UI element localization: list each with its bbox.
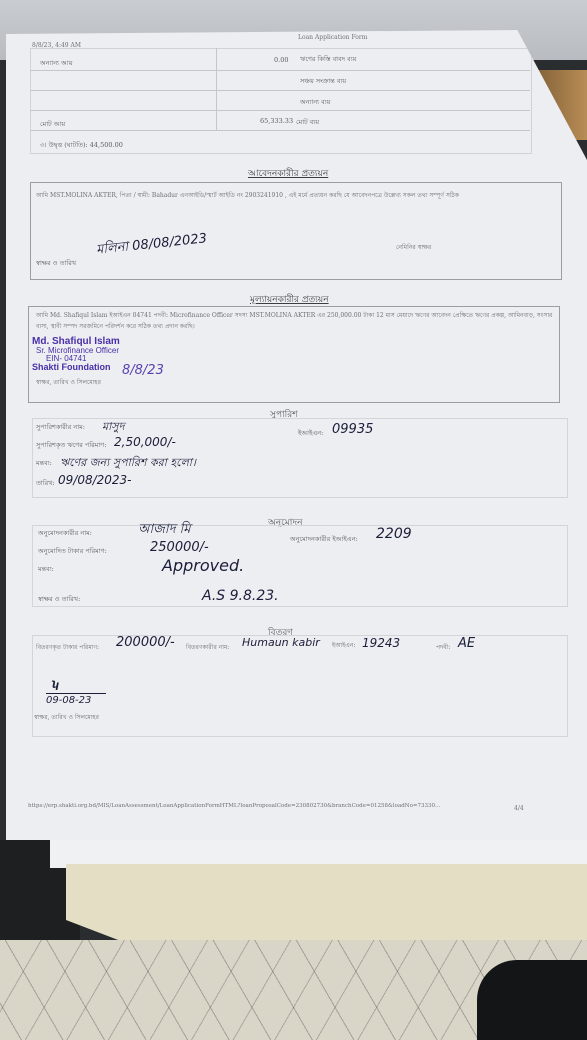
- nominee-sign-label: নেমিনির স্বাক্ষর: [396, 242, 431, 253]
- table-cell: অন্যান্য আয়: [40, 58, 73, 69]
- disburser-post-value: AE: [458, 636, 475, 651]
- approver-name-label: অনুমোদনকারীর নাম:: [38, 528, 92, 539]
- table-row-line: [30, 130, 530, 131]
- disburser-name-value: Humaun kabir: [242, 636, 320, 649]
- table-cell: 65,333.33: [260, 117, 293, 125]
- recommender-ein-value: 09935: [332, 422, 373, 437]
- table-cell: মোট ব্যয়: [296, 117, 319, 128]
- page-number: 4/4: [514, 805, 524, 812]
- officer-stamp: Md. Shafiqul Islam Sr. Microfinance Offi…: [32, 337, 120, 372]
- table-row-line: [30, 90, 530, 91]
- table-row-line: [30, 70, 530, 71]
- recommendation-date-label: তারিখ:: [36, 478, 55, 489]
- disburser-ein-value: 19243: [362, 636, 400, 650]
- table-cell: ঋণের কিস্তি বাবদ ব্যয়: [300, 54, 357, 65]
- applicant-declaration-title: আবেদনকারীর প্রত্যয়ন: [248, 166, 328, 181]
- approver-name-value: আজাদ মি: [138, 520, 190, 541]
- table-row-line: [30, 110, 530, 111]
- approved-amount-value: 250000/-: [150, 540, 209, 555]
- disburser-post-label: পদবী:: [436, 642, 450, 653]
- table-cell: সঞ্চয় সংক্রান্ত ব্যয়: [300, 76, 346, 87]
- disburser-initials: ʮ: [52, 680, 59, 691]
- recommendation-comment-label: মন্তব্য:: [36, 458, 52, 469]
- approval-comment-label: মন্তব্য:: [38, 564, 54, 575]
- applicant-sign-label: স্বাক্ষর ও তারিখ: [36, 258, 76, 269]
- disbursed-amount-value: 200000/-: [116, 635, 175, 650]
- assessor-declaration-text: আমি Md. Shafiqul Islam ইআইএন 04741 পদবী:…: [36, 310, 554, 332]
- approval-comment-value: Approved.: [162, 556, 244, 575]
- surplus-line: ৩। উদ্বৃত্ত (ঘাটতি): 44,500.00: [40, 140, 123, 151]
- applicant-declaration-text: আমি MST.MOLINA AKTER, পিতা / স্বামী: Bah…: [36, 190, 558, 201]
- table-cell: 0.00: [274, 56, 288, 64]
- approver-ein-label: অনুমোদনকারীর ইআইএন:: [290, 534, 358, 545]
- document-page: 8/8/23, 4:49 AM Loan Application Form অন…: [6, 30, 587, 840]
- disbursement-sign-date: 09-08-23: [46, 695, 91, 706]
- approver-ein-value: 2209: [376, 526, 412, 542]
- table-divider: [216, 48, 217, 130]
- stamp-org: Shakti Foundation: [32, 363, 120, 372]
- assessor-signature-date: 8/8/23: [122, 363, 164, 378]
- footer-url: https://erp.shakti.org.bd/MIS/LoanAssess…: [28, 803, 440, 809]
- recommended-amount-value: 2,50,000/-: [114, 435, 176, 449]
- recommender-ein-label: ইআইএন:: [298, 428, 323, 439]
- background-object: [477, 960, 587, 1040]
- table-cell: মোট আয়: [40, 119, 65, 130]
- recommended-amount-label: সুপারিশকৃত ঋণের পরিমাণ:: [36, 440, 106, 451]
- underlying-paper: [50, 840, 587, 868]
- assessor-sign-label: স্বাক্ষর, তারিখ ও সিলমোহর: [36, 377, 101, 388]
- disbursement-sign-label: স্বাক্ষর, তারিখ ও সিলমোহর: [34, 712, 99, 723]
- recommendation-date-value: 09/08/2023-: [58, 473, 132, 487]
- assessor-declaration-title: মূল্যায়নকারীর প্রত্যয়ন: [250, 292, 329, 307]
- disbursed-amount-label: বিতরণকৃত টাকার পরিমাণ:: [36, 642, 99, 653]
- disbursement-box: [32, 635, 568, 737]
- form-title: Loan Application Form: [298, 34, 367, 41]
- recommender-name-label: সুপারিশকারীর নাম:: [36, 422, 85, 433]
- approval-sign-value: A.S 9.8.23.: [202, 588, 279, 604]
- disburser-ein-label: ইআইএন:: [332, 640, 355, 651]
- approved-amount-label: অনুমোদিত টাকার পরিমাণ:: [38, 546, 107, 557]
- disburser-name-label: বিতরণকারীর নাম:: [186, 642, 229, 653]
- table-cell: অন্যান্য ব্যয়: [300, 97, 330, 108]
- recommendation-comment-value: ঋণের জন্য সুপারিশ করা হলো।: [60, 454, 196, 473]
- folder-cover: [66, 864, 587, 944]
- approval-sign-label: স্বাক্ষর ও তারিখ:: [38, 594, 80, 605]
- signature-line: [46, 693, 106, 694]
